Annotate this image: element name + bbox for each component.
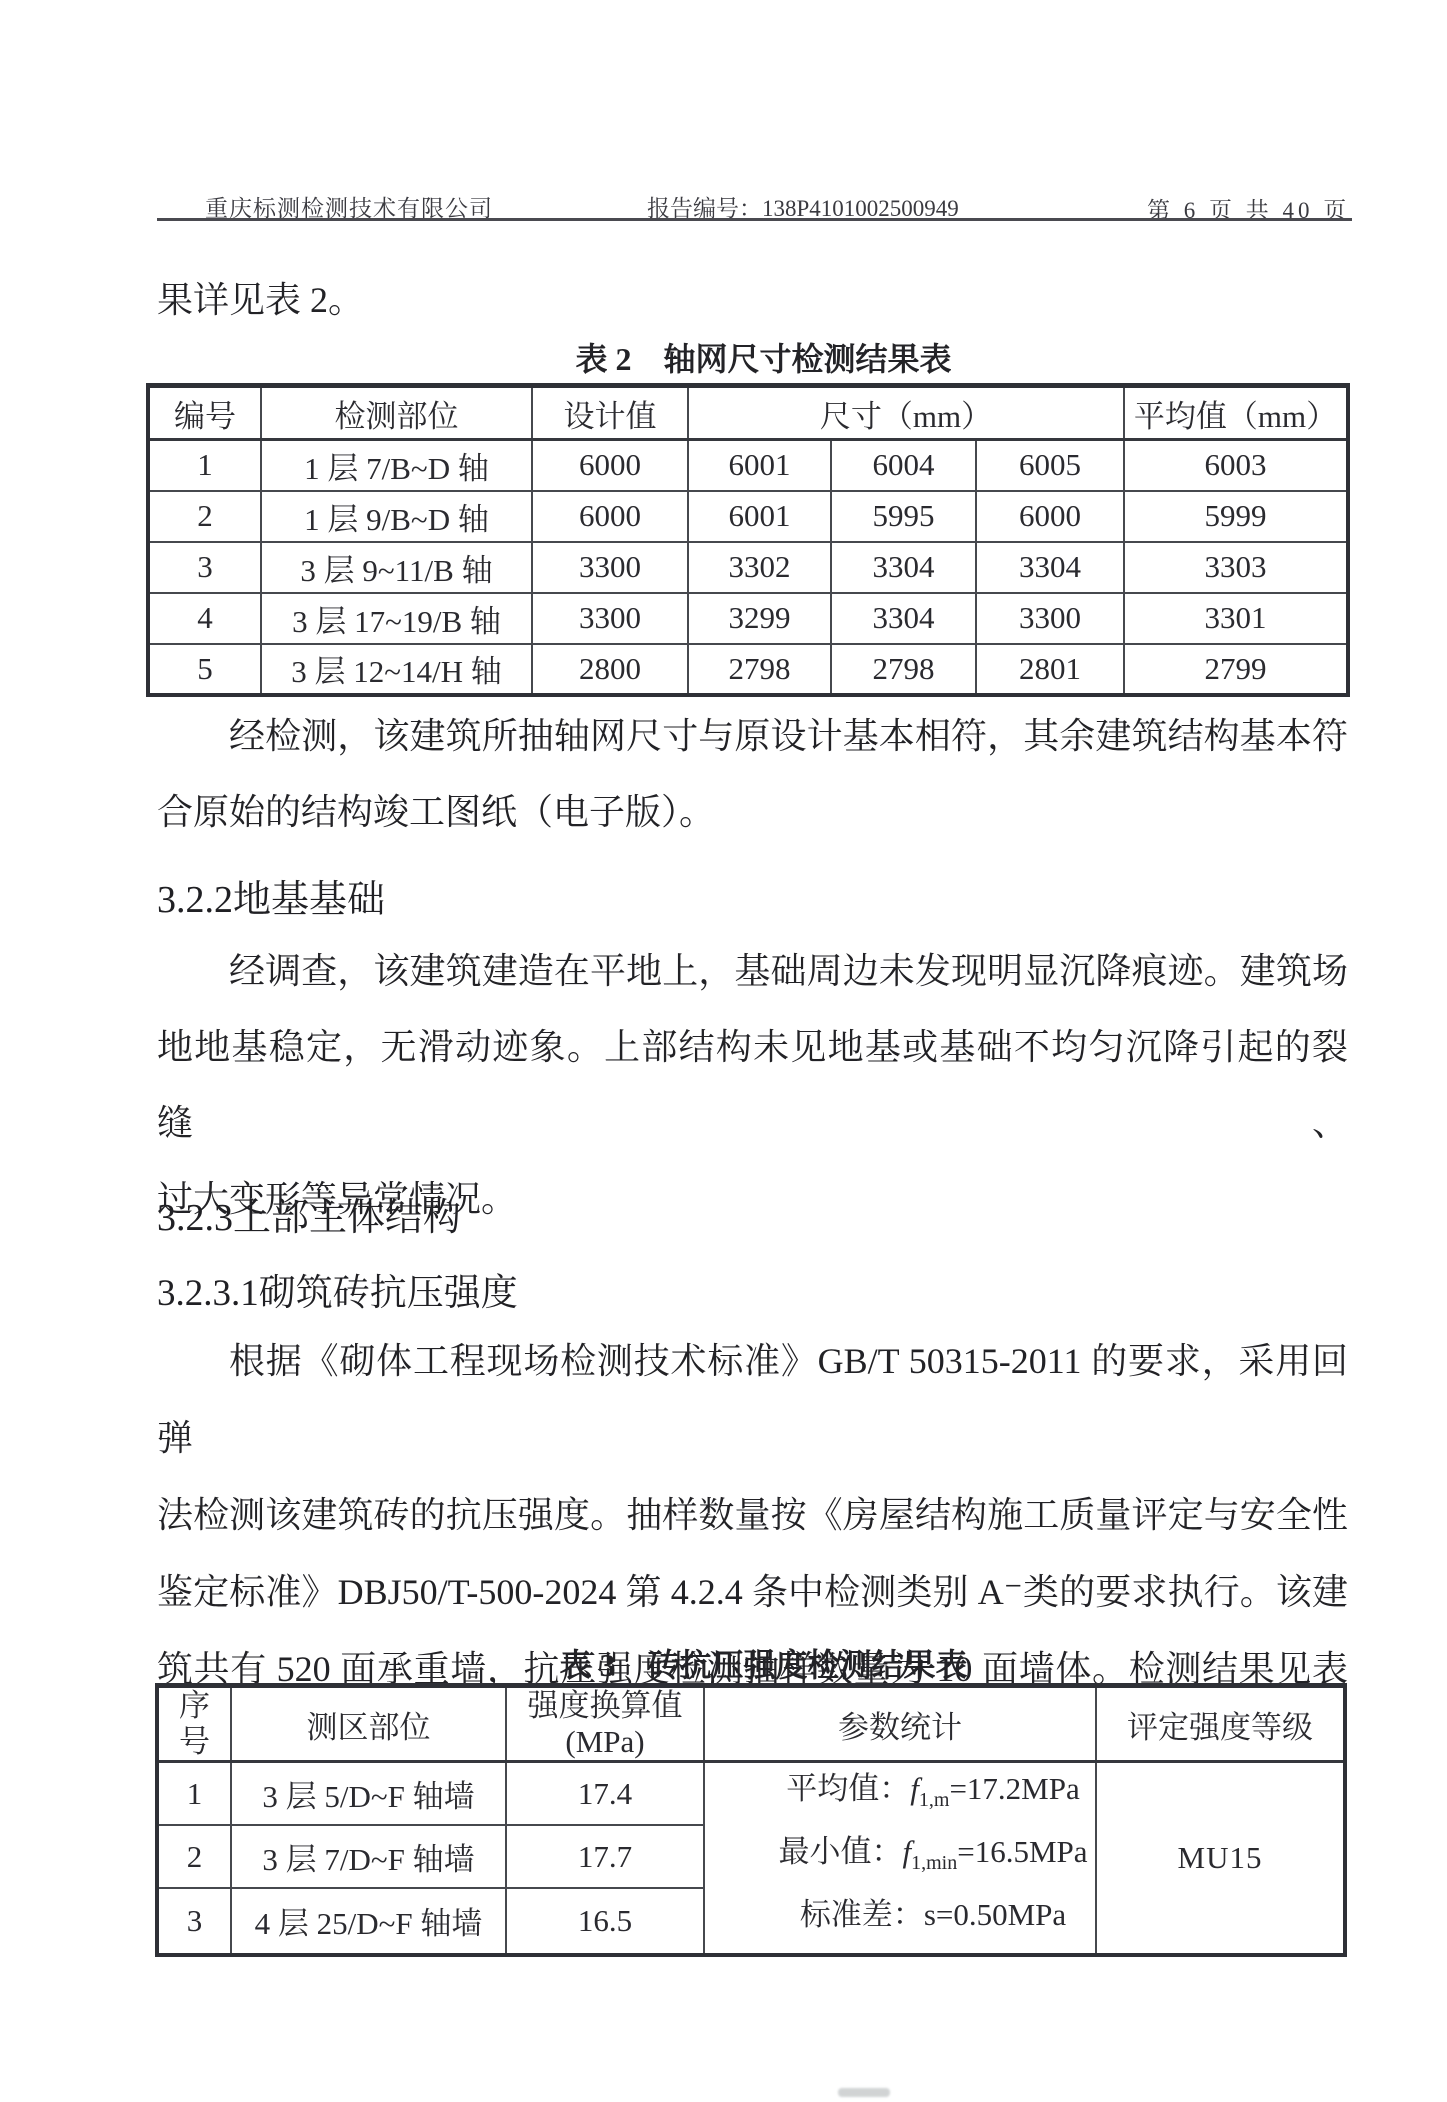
paragraph-line: 根据《砌体工程现场检测技术标准》GB/T 50315-2011 的要求，采用回弹 bbox=[157, 1323, 1348, 1477]
paragraph-line: 经调查，该建筑建造在平地上，基础周边未发现明显沉降痕迹。建筑场 bbox=[157, 933, 1348, 1009]
table-cell: 3304 bbox=[976, 542, 1124, 593]
table-cell: 2801 bbox=[976, 644, 1124, 695]
stat-line-mean: 平均值：f1,m=17.2MPa bbox=[771, 1763, 1095, 1826]
table-row: 2 1 层 9/B~D 轴 6000 6001 5995 6000 5999 bbox=[148, 491, 1348, 542]
report-page: 重庆标测检测技术有限公司 报告编号：138P4101002500949 第 6 … bbox=[0, 0, 1447, 2102]
table3-header-grade: 评定强度等级 bbox=[1096, 1686, 1345, 1762]
stat-line-min: 最小值：f1,min=16.5MPa bbox=[771, 1826, 1095, 1889]
table2-header-size: 尺寸（mm） bbox=[688, 386, 1124, 440]
table-cell: 2 bbox=[157, 1825, 231, 1888]
paragraph-axis-conclusion: 经检测，该建筑所抽轴网尺寸与原设计基本相符，其余建筑结构基本符 合原始的结构竣工… bbox=[157, 698, 1348, 850]
table-cell: 3 bbox=[157, 1888, 231, 1954]
table3-header-no-line2: 号 bbox=[159, 1724, 230, 1760]
table-cell: 3 层 17~19/B 轴 bbox=[261, 593, 532, 644]
table2-header-row: 编号 检测部位 设计值 尺寸（mm） 平均值（mm） bbox=[148, 386, 1348, 440]
table2-caption: 表 2 轴网尺寸检测结果表 bbox=[146, 334, 1381, 380]
table-cell: 1 层 7/B~D 轴 bbox=[261, 440, 532, 491]
paragraph-line: 法检测该建筑砖的抗压强度。抽样数量按《房屋结构施工质量评定与安全性 bbox=[157, 1477, 1348, 1554]
stat-label: 最小值： bbox=[778, 1834, 902, 1869]
grade-merged-cell: MU15 bbox=[1096, 1762, 1345, 1955]
stat-subscript: 1,min bbox=[911, 1852, 957, 1874]
section-heading-3231: 3.2.3.1砌筑砖抗压强度 bbox=[157, 1262, 518, 1316]
table3-header-location: 测区部位 bbox=[231, 1686, 506, 1762]
table-cell: 3 层 9~11/B 轴 bbox=[261, 542, 532, 593]
table-cell: 6001 bbox=[688, 491, 831, 542]
table2-header-no: 编号 bbox=[148, 386, 261, 440]
table-cell: 1 层 9/B~D 轴 bbox=[261, 491, 532, 542]
table-cell: 3300 bbox=[532, 542, 688, 593]
table-row: 4 3 层 17~19/B 轴 3300 3299 3304 3300 3301 bbox=[148, 593, 1348, 644]
stat-symbol: f bbox=[910, 1771, 919, 1806]
table-row: 3 3 层 9~11/B 轴 3300 3302 3304 3304 3303 bbox=[148, 542, 1348, 593]
paragraph-line: 经检测，该建筑所抽轴网尺寸与原设计基本相符，其余建筑结构基本符 bbox=[157, 698, 1348, 774]
table-cell: 3299 bbox=[688, 593, 831, 644]
table-cell: 2798 bbox=[688, 644, 831, 695]
table3-header-row: 序 号 测区部位 强度换算值 (MPa) 参数统计 评定强度等级 bbox=[157, 1686, 1345, 1762]
stat-symbol: f bbox=[902, 1834, 911, 1869]
table3-header-no: 序 号 bbox=[157, 1686, 231, 1762]
stats-merged-cell: 平均值：f1,m=17.2MPa 最小值：f1,min=16.5MPa 标准差：… bbox=[704, 1762, 1096, 1955]
table-cell: 3304 bbox=[831, 542, 976, 593]
table-row: 1 3 层 5/D~F 轴墙 17.4 平均值：f1,m=17.2MPa 最小值… bbox=[157, 1762, 1345, 1826]
scan-artifact bbox=[838, 2088, 890, 2097]
stat-value: s=0.50MPa bbox=[924, 1897, 1066, 1932]
table-cell: 3301 bbox=[1124, 593, 1348, 644]
axis-grid-table: 编号 检测部位 设计值 尺寸（mm） 平均值（mm） 1 1 层 7/B~D 轴… bbox=[146, 383, 1350, 697]
table3-caption: 表 3 砖抗压强度检测结果表 bbox=[146, 1640, 1381, 1686]
table-cell: 6000 bbox=[976, 491, 1124, 542]
table-cell: 3 bbox=[148, 542, 261, 593]
stat-subscript: 1,m bbox=[919, 1789, 950, 1811]
stat-label: 平均值： bbox=[786, 1771, 910, 1806]
table-cell: 6003 bbox=[1124, 440, 1348, 491]
section-heading-323: 3.2.3上部主体结构 bbox=[157, 1186, 461, 1241]
table-cell: 6005 bbox=[976, 440, 1124, 491]
table-cell: 17.7 bbox=[506, 1825, 704, 1888]
stat-value: =17.2MPa bbox=[949, 1771, 1079, 1806]
table-cell: 6004 bbox=[831, 440, 976, 491]
table-cell: 3304 bbox=[831, 593, 976, 644]
table-cell: 3300 bbox=[976, 593, 1124, 644]
paragraph-line: 地地基稳定，无滑动迹象。上部结构未见地基或基础不均匀沉降引起的裂缝、 bbox=[157, 1009, 1348, 1161]
table-row: 5 3 层 12~14/H 轴 2800 2798 2798 2801 2799 bbox=[148, 644, 1348, 695]
stat-label: 标准差： bbox=[800, 1897, 924, 1932]
table-cell: 2799 bbox=[1124, 644, 1348, 695]
intro-line: 果详见表 2。 bbox=[157, 272, 364, 323]
table-cell: 2798 bbox=[831, 644, 976, 695]
table3-header-no-line1: 序 bbox=[159, 1688, 230, 1724]
table-cell: 6000 bbox=[532, 440, 688, 491]
stat-value: =16.5MPa bbox=[957, 1834, 1087, 1869]
brick-strength-table: 序 号 测区部位 强度换算值 (MPa) 参数统计 评定强度等级 1 3 层 5… bbox=[155, 1683, 1347, 1957]
table-cell: 1 bbox=[157, 1762, 231, 1826]
table-cell: 6000 bbox=[532, 491, 688, 542]
table2-header-avg: 平均值（mm） bbox=[1124, 386, 1348, 440]
table-cell: 3303 bbox=[1124, 542, 1348, 593]
table-cell: 3 层 7/D~F 轴墙 bbox=[231, 1825, 506, 1888]
table-cell: 17.4 bbox=[506, 1762, 704, 1826]
table-cell: 1 bbox=[148, 440, 261, 491]
table-cell: 5995 bbox=[831, 491, 976, 542]
table3-header-strength: 强度换算值 (MPa) bbox=[506, 1686, 704, 1762]
table-row: 1 1 层 7/B~D 轴 6000 6001 6004 6005 6003 bbox=[148, 440, 1348, 491]
table-cell: 5999 bbox=[1124, 491, 1348, 542]
header-divider-rule bbox=[157, 218, 1352, 221]
table-cell: 5 bbox=[148, 644, 261, 695]
stats-lines: 平均值：f1,m=17.2MPa 最小值：f1,min=16.5MPa 标准差：… bbox=[705, 1763, 1095, 1953]
table-cell: 16.5 bbox=[506, 1888, 704, 1954]
table-cell: 6001 bbox=[688, 440, 831, 491]
table3-header-strength-line2: (MPa) bbox=[507, 1724, 703, 1760]
table-cell: 3300 bbox=[532, 593, 688, 644]
stat-line-stdev: 标准差：s=0.50MPa bbox=[771, 1889, 1095, 1952]
table3-header-stats: 参数统计 bbox=[704, 1686, 1096, 1762]
table2-header-design: 设计值 bbox=[532, 386, 688, 440]
table-cell: 3302 bbox=[688, 542, 831, 593]
paragraph-line: 鉴定标准》DBJ50/T-500-2024 第 4.2.4 条中检测类别 A⁻类… bbox=[157, 1554, 1348, 1631]
table-cell: 3 层 12~14/H 轴 bbox=[261, 644, 532, 695]
table-cell: 2800 bbox=[532, 644, 688, 695]
table-cell: 4 bbox=[148, 593, 261, 644]
table3-header-strength-line1: 强度换算值 bbox=[507, 1688, 703, 1724]
table-cell: 3 层 5/D~F 轴墙 bbox=[231, 1762, 506, 1826]
table-cell: 2 bbox=[148, 491, 261, 542]
section-heading-322: 3.2.2地基基础 bbox=[157, 868, 385, 923]
table-cell: 4 层 25/D~F 轴墙 bbox=[231, 1888, 506, 1954]
paragraph-line: 合原始的结构竣工图纸（电子版）。 bbox=[157, 774, 1348, 850]
table2-header-location: 检测部位 bbox=[261, 386, 532, 440]
